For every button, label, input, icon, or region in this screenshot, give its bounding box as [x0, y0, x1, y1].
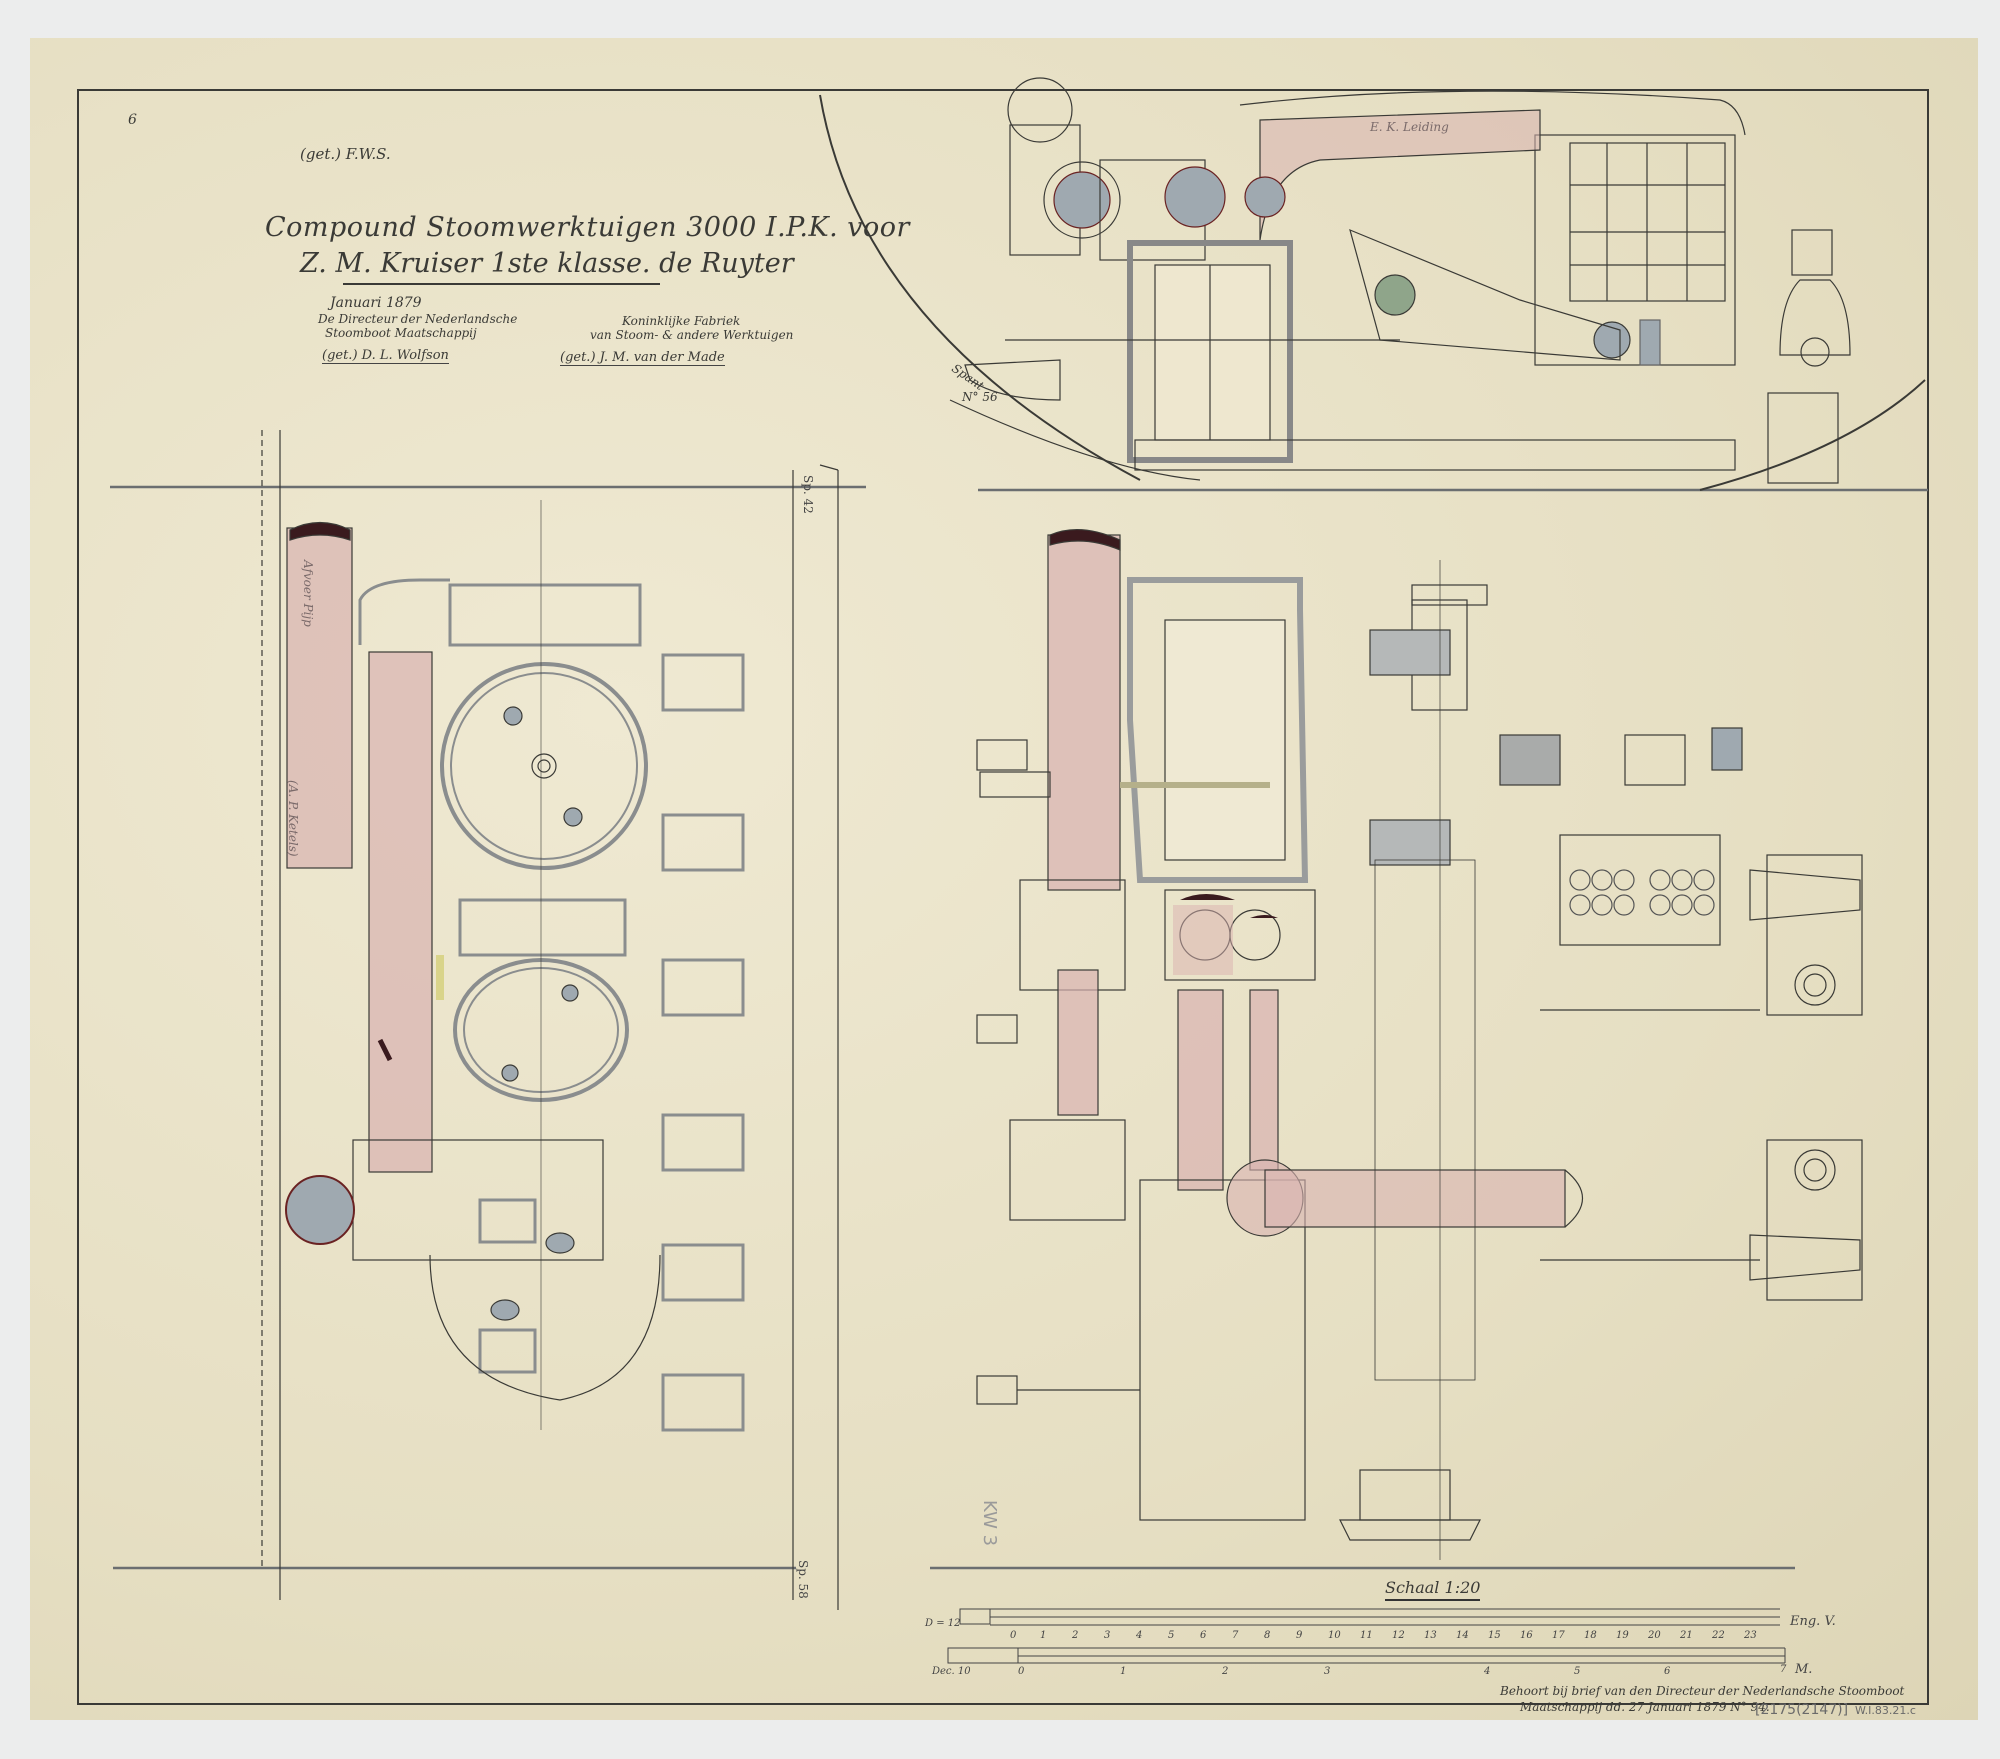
scale-tick: 23 — [1744, 1630, 1757, 1641]
scale-tick: 5 — [1168, 1630, 1174, 1641]
scale-tick: 1 — [1120, 1666, 1126, 1677]
scale-row1-suffix: Eng. V. — [1790, 1614, 1836, 1629]
scale-tick: 10 — [1328, 1630, 1341, 1641]
frame-sp42-label: Sp. 42 — [801, 475, 815, 514]
scale-tick: 9 — [1296, 1630, 1302, 1641]
scale-tick: 18 — [1584, 1630, 1597, 1641]
scale-tick: 7 — [1780, 1664, 1786, 1675]
scale-tick: 17 — [1552, 1630, 1565, 1641]
right-signature: (get.) J. M. van der Made — [560, 350, 725, 366]
scale-tick: 2 — [1222, 1666, 1228, 1677]
scale-tick: 8 — [1264, 1630, 1270, 1641]
scale-tick: 4 — [1136, 1630, 1142, 1641]
scale-tick: 0 — [1010, 1630, 1016, 1641]
right-block-line2: van Stoom- & andere Werktuigen — [590, 328, 793, 342]
scale-tick: 21 — [1680, 1630, 1693, 1641]
scale-tick: 22 — [1712, 1630, 1725, 1641]
corner-mark: 6 — [128, 112, 137, 128]
scale-tick: 7 — [1232, 1630, 1238, 1641]
scale-tick: 1 — [1040, 1630, 1046, 1641]
right-block-line1: Koninklijke Fabriek — [622, 314, 740, 328]
archive-ref: [2175(2147)] — [1755, 1702, 1848, 1718]
scale-tick: 11 — [1360, 1630, 1373, 1641]
scale-tick: 20 — [1648, 1630, 1661, 1641]
scale-tick: 6 — [1664, 1666, 1670, 1677]
scale-title: Schaal 1:20 — [1385, 1578, 1480, 1601]
scale-tick: 3 — [1324, 1666, 1330, 1677]
scale-row1-prefix: D = 12 — [925, 1618, 960, 1629]
left-signature: (get.) D. L. Wolfson — [322, 348, 449, 364]
pipe-sublabel: (A. P. Ketels) — [286, 780, 300, 857]
scale-tick: 19 — [1616, 1630, 1629, 1641]
scale-tick: 2 — [1072, 1630, 1078, 1641]
frame-sp58-label: Sp. 58 — [796, 1560, 810, 1599]
scale-tick: 6 — [1200, 1630, 1206, 1641]
scale-tick: 3 — [1104, 1630, 1110, 1641]
scale-tick: 14 — [1456, 1630, 1469, 1641]
pencil-mark: KW 3 — [979, 1500, 1000, 1546]
scale-tick: 4 — [1484, 1666, 1490, 1677]
scale-tick: 5 — [1574, 1666, 1580, 1677]
left-block-line2: Stoomboot Maatschappij — [325, 326, 477, 340]
left-block-line1: De Directeur der Nederlandsche — [318, 312, 517, 326]
scale-tick: 15 — [1488, 1630, 1501, 1641]
scale-tick: 0 — [1018, 1666, 1024, 1677]
scale-row2-suffix: M. — [1795, 1662, 1812, 1677]
drawing-title-line2: Z. M. Kruiser 1ste klasse. de Ruyter — [300, 248, 794, 279]
catalog-number: W.I.83.21.c — [1855, 1704, 1916, 1717]
scale-tick: 12 — [1392, 1630, 1405, 1641]
spant-number: N° 56 — [962, 390, 998, 404]
pipe-label: Afvoer Pijp — [301, 560, 315, 627]
scale-tick: 16 — [1520, 1630, 1533, 1641]
date-label: Januari 1879 — [330, 295, 422, 311]
top-pipe-label: E. K. Leiding — [1370, 120, 1449, 134]
footer-note-line1: Behoort bij brief van den Directeur der … — [1500, 1684, 1904, 1698]
footer-note-line2: Maatschappij dd. 27 Januari 1879 N° 94. — [1520, 1700, 1770, 1714]
drawing-title-line1: Compound Stoomwerktuigen 3000 I.P.K. voo… — [265, 212, 910, 243]
initials: (get.) F.W.S. — [300, 145, 391, 163]
scale-tick: 13 — [1424, 1630, 1437, 1641]
scale-row2-prefix: Dec. 10 — [932, 1666, 971, 1677]
